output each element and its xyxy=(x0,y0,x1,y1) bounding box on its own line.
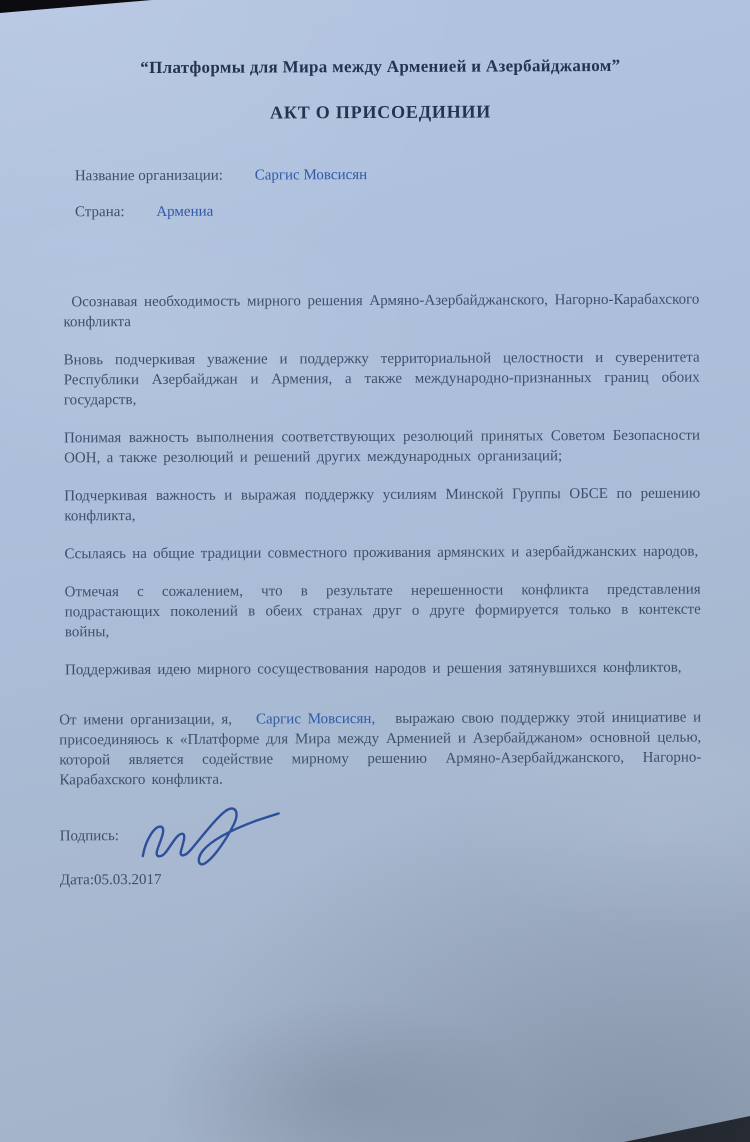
paragraph-understanding: Понимая важность выполнения соответствую… xyxy=(64,426,700,469)
preamble-paragraphs: Осознавая необходимость мирного решения … xyxy=(63,290,701,681)
paragraph-supporting: Поддерживая идею мирного сосуществования… xyxy=(65,658,701,681)
closing-prefix: От имени организации, я, xyxy=(59,712,232,729)
closing-paragraph: От имени организации, я,Саргис Мовсисян,… xyxy=(59,708,701,791)
paragraph-reaffirming: Вновь подчеркивая уважение и поддержку т… xyxy=(64,348,700,411)
organization-value: Саргис Мовсисян xyxy=(255,167,368,183)
date-row: Дата:05.03.2017 xyxy=(60,868,702,891)
document-page: “Платформы для Мира между Арменией и Азе… xyxy=(0,0,750,1142)
field-organization: Название организации: Саргис Мовсисян xyxy=(75,164,699,187)
photo-background: “Платформы для Мира между Арменией и Азе… xyxy=(0,0,750,1142)
country-label: Страна: xyxy=(75,204,125,220)
document-subtitle: АКТ О ПРИСОЕДИНИИ xyxy=(63,100,699,125)
date-label: Дата: xyxy=(60,872,94,888)
document-title: “Платформы для Мира между Арменией и Азе… xyxy=(62,55,698,80)
paragraph-emphasizing: Подчеркивая важность и выражая поддержку… xyxy=(64,484,700,527)
date-value: 05.03.2017 xyxy=(94,872,162,888)
closing-name: Саргис Мовсисян, xyxy=(232,711,395,728)
field-country: Страна: Армениа xyxy=(75,200,699,223)
signature-row: Подпись: xyxy=(60,812,702,869)
signature-label: Подпись: xyxy=(60,814,119,846)
organization-label: Название организации: xyxy=(75,168,223,185)
paragraph-noting: Отмечая с сожалением, что в результате н… xyxy=(65,580,701,643)
paragraph-referring: Ссылаясь на общие традиции совместного п… xyxy=(64,542,700,565)
form-fields: Название организации: Саргис Мовсисян Ст… xyxy=(75,164,699,223)
document-content: “Платформы для Мира между Арменией и Азе… xyxy=(0,0,750,891)
country-value: Армениа xyxy=(156,204,213,220)
paragraph-recognizing: Осознавая необходимость мирного решения … xyxy=(63,290,699,333)
signature-handwriting xyxy=(133,801,283,868)
